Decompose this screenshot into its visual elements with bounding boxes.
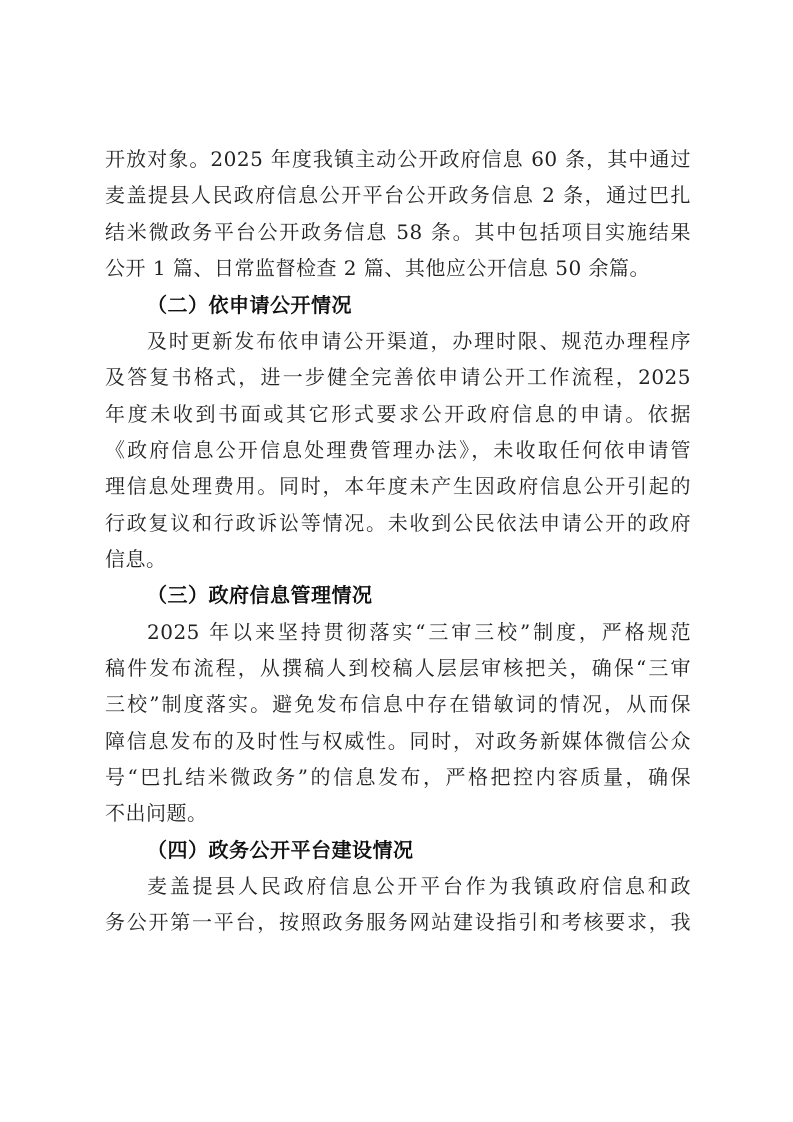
paragraph-line: 不出问题。 bbox=[105, 798, 691, 828]
document-page: 开放对象。2025 年度我镇主动公开政府信息 60 条，其中通过麦盖提县人民政府… bbox=[0, 0, 793, 1122]
paragraph-line: 结米微政务平台公开政务信息 58 条。其中包括项目实施结果 bbox=[105, 217, 691, 247]
paragraph-line: 年度未收到书面或其它形式要求公开政府信息的申请。依据 bbox=[105, 399, 691, 429]
paragraph-line: 2025 年以来坚持贯彻落实“三审三校”制度，严格规范 bbox=[147, 617, 691, 647]
paragraph-line: 及时更新发布依申请公开渠道，办理时限、规范办理程序 bbox=[147, 326, 691, 356]
section-heading: （二）依申请公开情况 bbox=[147, 290, 352, 320]
paragraph-line: 行政复议和行政诉讼等情况。未收到公民依法申请公开的政府 bbox=[105, 508, 691, 538]
paragraph-line: 及答复书格式，进一步健全完善依申请公开工作流程，2025 bbox=[105, 362, 691, 392]
paragraph-line: 号“巴扎结米微政务”的信息发布，严格把控内容质量，确保 bbox=[105, 762, 691, 792]
paragraph-line: 麦盖提县人民政府信息公开平台公开政务信息 2 条，通过巴扎 bbox=[105, 180, 691, 210]
paragraph-line: 公开 1 篇、日常监督检查 2 篇、其他应公开信息 50 余篇。 bbox=[105, 253, 691, 283]
paragraph-line: 《政府信息公开信息处理费管理办法》，未收取任何依申请管 bbox=[105, 435, 691, 465]
paragraph-line: 理信息处理费用。同时，本年度未产生因政府信息公开引起的 bbox=[105, 471, 691, 501]
paragraph-line: 障信息发布的及时性与权威性。同时，对政务新媒体微信公众 bbox=[105, 726, 691, 756]
paragraph-line: 麦盖提县人民政府信息公开平台作为我镇政府信息和政 bbox=[147, 871, 691, 901]
paragraph-line: 稿件发布流程，从撰稿人到校稿人层层审核把关，确保“三审 bbox=[105, 653, 691, 683]
section-heading: （四）政务公开平台建设情况 bbox=[147, 835, 414, 865]
paragraph-line: 开放对象。2025 年度我镇主动公开政府信息 60 条，其中通过 bbox=[105, 144, 691, 174]
section-heading: （三）政府信息管理情况 bbox=[147, 580, 373, 610]
paragraph-line: 三校”制度落实。避免发布信息中存在错敏词的情况，从而保 bbox=[105, 689, 691, 719]
paragraph-line: 务公开第一平台，按照政务服务网站建设指引和考核要求，我 bbox=[105, 907, 691, 937]
paragraph-line: 信息。 bbox=[105, 544, 691, 574]
